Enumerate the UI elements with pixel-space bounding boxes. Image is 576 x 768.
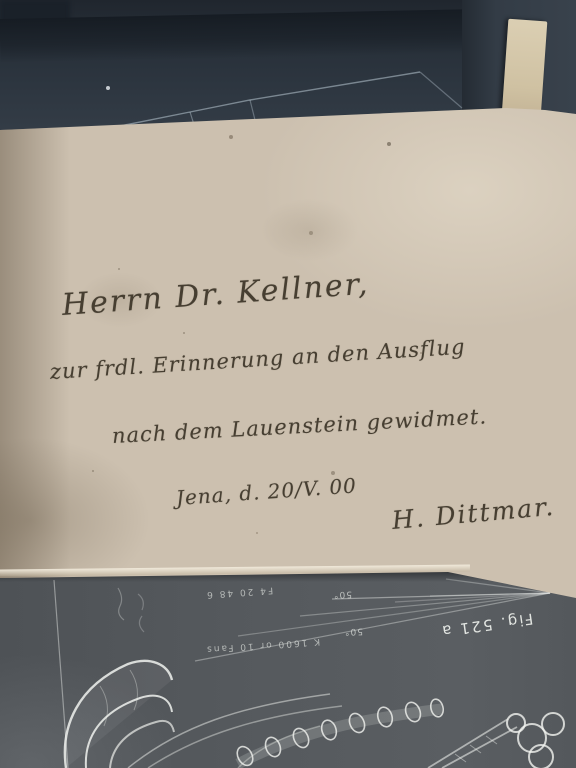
glass-edge-line	[420, 72, 462, 108]
blueprint-board: F4 20 48 6 50° 50° K 1600 or 10 Fans Fig…	[0, 566, 576, 768]
braided-rope	[234, 698, 445, 768]
rope-twist-column	[65, 661, 174, 768]
handwriting-line-3: nach dem Lauenstein gewidmet.	[111, 404, 487, 448]
handwriting-line-2: zur frdl. Erinnerung an den Ausflug	[49, 335, 466, 384]
handwriting-signature: H. Dittmar.	[391, 492, 556, 535]
dust-speck	[106, 86, 110, 90]
photo-of-handwritten-card: F4 20 48 6 50° 50° K 1600 or 10 Fans Fig…	[0, 0, 576, 768]
rope-bundle-corner	[428, 713, 564, 768]
label-angle-upper: 50°	[333, 589, 352, 600]
protruding-card-edge	[502, 19, 548, 118]
handwriting-line-1: Herrn Dr. Kellner,	[61, 267, 371, 323]
label-angle-lower: 50°	[344, 626, 363, 637]
chalk-drawing	[0, 566, 576, 768]
handwriting-date-line: Jena, d. 20/V. 00	[175, 473, 357, 510]
